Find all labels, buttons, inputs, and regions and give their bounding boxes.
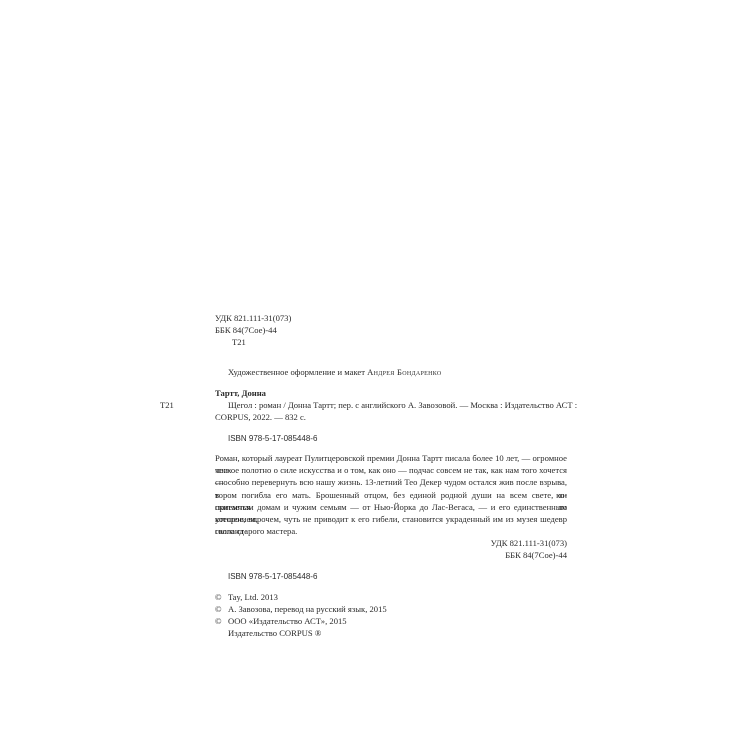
bbk-code-right: ББК 84(7Сое)-44 bbox=[505, 549, 567, 561]
isbn-bottom: ISBN 978-5-17-085448-6 bbox=[228, 571, 317, 583]
design-credit: Художественное оформление и макет Андрея… bbox=[228, 366, 442, 378]
copyright-text: ООО «Издательство АСТ», 2015 bbox=[228, 616, 347, 626]
copyright-line: Издательство CORPUS ® bbox=[215, 627, 321, 639]
designer-name: Андрея Бондаренко bbox=[367, 367, 441, 377]
copyright-text: Tay, Ltd. 2013 bbox=[228, 592, 278, 602]
design-credit-text: Художественное оформление и макет bbox=[228, 367, 367, 377]
bib-heading: Тартт, Донна bbox=[215, 387, 266, 399]
isbn-top: ISBN 978-5-17-085448-6 bbox=[228, 433, 317, 445]
bib-description-line-2: CORPUS, 2022. — 832 с. bbox=[215, 411, 306, 423]
annotation: Роман, который лауреат Пулитцеровской пр… bbox=[215, 452, 567, 537]
copyright-symbol: © bbox=[215, 603, 228, 615]
annotation-line: приемным домам и чужим семьям — от Нью-Й… bbox=[215, 501, 567, 513]
author-mark: Т21 bbox=[232, 336, 246, 348]
copyright-text: Издательство CORPUS ® bbox=[228, 628, 321, 638]
copyright-line: ©Tay, Ltd. 2013 bbox=[215, 591, 278, 603]
bib-author-mark: Т21 bbox=[160, 399, 174, 411]
annotation-line: ческое полотно о силе искусства и о том,… bbox=[215, 464, 567, 476]
udk-code: УДК 821.111-31(073) bbox=[215, 312, 291, 324]
annotation-line: Роман, который лауреат Пулитцеровской пр… bbox=[215, 452, 567, 464]
bbk-code: ББК 84(7Сое)-44 bbox=[215, 324, 277, 336]
annotation-line: тором погибла его мать. Брошенный отцом,… bbox=[215, 489, 567, 501]
annotation-line: способно перевернуть всю нашу жизнь. 13-… bbox=[215, 476, 567, 488]
copyright-line: ©ООО «Издательство АСТ», 2015 bbox=[215, 615, 347, 627]
copyright-line: ©А. Завозова, перевод на русский язык, 2… bbox=[215, 603, 387, 615]
copyright-text: А. Завозова, перевод на русский язык, 20… bbox=[228, 604, 387, 614]
copyright-symbol: © bbox=[215, 615, 228, 627]
udk-code-right: УДК 821.111-31(073) bbox=[491, 537, 567, 549]
annotation-line: ского старого мастера. bbox=[215, 525, 567, 537]
bib-description-line-1: Щегол : роман / Донна Тартт; пер. с англ… bbox=[228, 399, 577, 411]
annotation-line: которое, впрочем, чуть не приводит к его… bbox=[215, 513, 567, 525]
copyright-symbol: © bbox=[215, 591, 228, 603]
